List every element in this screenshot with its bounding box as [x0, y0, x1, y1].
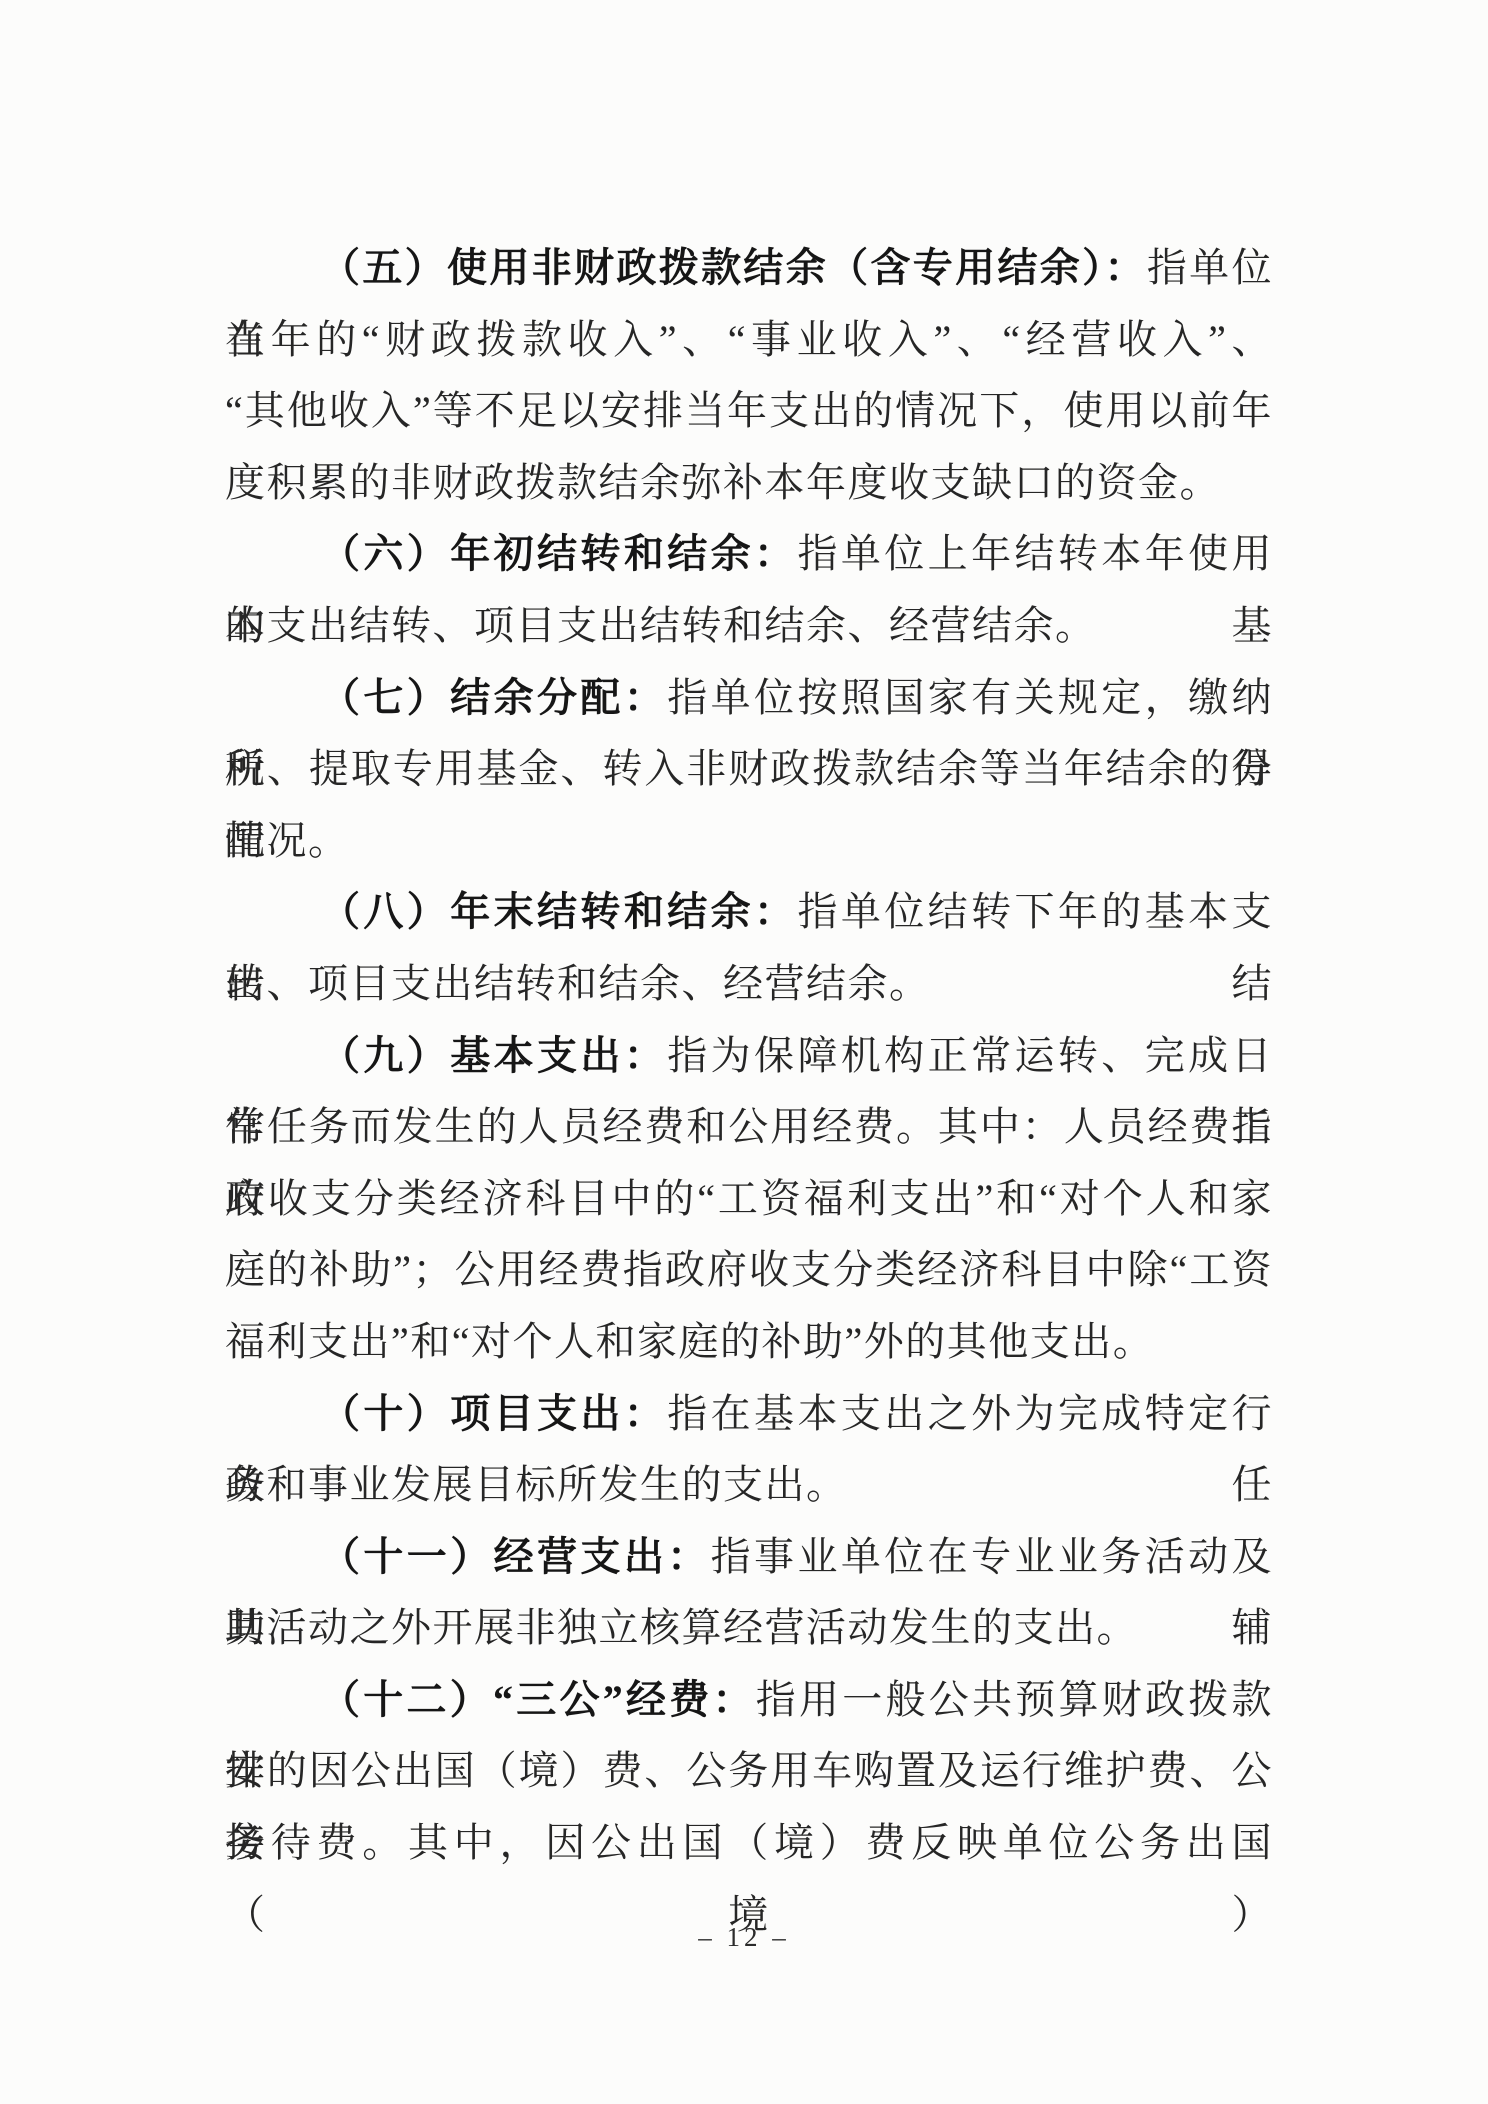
text-line: （十）项目支出：指在基本支出之外为完成特定行政任 — [225, 1378, 1273, 1450]
paragraph-heading: （七）结余分配： — [320, 675, 667, 720]
document-body: （五）使用非财政拨款结余（含专用结余）：指单位在 当年的“财政拨款收入”、“事业… — [225, 232, 1273, 1879]
paragraph-heading: （五）使用非财政拨款结余（含专用结余）： — [320, 245, 1147, 290]
paragraph-heading: （六）年初结转和结余： — [320, 531, 797, 576]
text-line: 庭的补助”；公用经费指政府收支分类经济科目中除“工资 — [225, 1234, 1273, 1306]
text-line: 当年的“财政拨款收入”、“事业收入”、“经营收入”、 — [225, 304, 1273, 376]
paragraph-item-6: （六）年初结转和结余：指单位上年结转本年使用的基 本支出结转、项目支出结转和结余… — [225, 518, 1273, 661]
text-line: 情况。 — [225, 805, 1273, 877]
text-line: 府收支分类经济科目中的“工资福利支出”和“对个人和家 — [225, 1163, 1273, 1235]
paragraph-item-7: （七）结余分配：指单位按照国家有关规定，缴纳所得 税、提取专用基金、转入非财政拨… — [225, 662, 1273, 877]
text-line: （九）基本支出：指为保障机构正常运转、完成日常工 — [225, 1020, 1273, 1092]
paragraph-item-10: （十）项目支出：指在基本支出之外为完成特定行政任 务和事业发展目标所发生的支出。 — [225, 1378, 1273, 1521]
paragraph-heading: （九）基本支出： — [320, 1033, 667, 1078]
paragraph-item-9: （九）基本支出：指为保障机构正常运转、完成日常工 作任务而发生的人员经费和公用经… — [225, 1020, 1273, 1378]
document-page: （五）使用非财政拨款结余（含专用结余）：指单位在 当年的“财政拨款收入”、“事业… — [0, 0, 1488, 2104]
text-line: “其他收入”等不足以安排当年支出的情况下，使用以前年 — [225, 375, 1273, 447]
text-line: 接待费。其中，因公出国（境）费反映单位公务出国（境） — [225, 1807, 1273, 1879]
paragraph-item-11: （十一）经营支出：指事业单位在专业业务活动及其辅 助活动之外开展非独立核算经营活… — [225, 1521, 1273, 1664]
text-line: （八）年末结转和结余：指单位结转下年的基本支出结 — [225, 876, 1273, 948]
text-line: 税、提取专用基金、转入非财政拨款结余等当年结余的分配 — [225, 733, 1273, 805]
text-line: （十一）经营支出：指事业单位在专业业务活动及其辅 — [225, 1521, 1273, 1593]
paragraph-heading: （十一）经营支出： — [320, 1534, 711, 1579]
paragraph-item-5: （五）使用非财政拨款结余（含专用结余）：指单位在 当年的“财政拨款收入”、“事业… — [225, 232, 1273, 518]
text-line: 度积累的非财政拨款结余弥补本年度收支缺口的资金。 — [225, 447, 1273, 519]
paragraph-item-8: （八）年末结转和结余：指单位结转下年的基本支出结 转、项目支出结转和结余、经营结… — [225, 876, 1273, 1019]
paragraph-item-12: （十二）“三公”经费：指用一般公共预算财政拨款安 排的因公出国（境）费、公务用车… — [225, 1664, 1273, 1879]
page-number: – 12 – — [0, 1922, 1488, 1953]
paragraph-heading: （八）年末结转和结余： — [320, 889, 797, 934]
paragraph-heading: （十二）“三公”经费： — [320, 1677, 756, 1722]
text-line: 作任务而发生的人员经费和公用经费。其中：人员经费指政 — [225, 1091, 1273, 1163]
text-line: （十二）“三公”经费：指用一般公共预算财政拨款安 — [225, 1664, 1273, 1736]
text-line: 排的因公出国（境）费、公务用车购置及运行维护费、公务 — [225, 1735, 1273, 1807]
text-line: （五）使用非财政拨款结余（含专用结余）：指单位在 — [225, 232, 1273, 304]
text-line: （六）年初结转和结余：指单位上年结转本年使用的基 — [225, 518, 1273, 590]
text-line: （七）结余分配：指单位按照国家有关规定，缴纳所得 — [225, 662, 1273, 734]
text-line: 助活动之外开展非独立核算经营活动发生的支出。 — [225, 1592, 1273, 1664]
paragraph-heading: （十）项目支出： — [320, 1391, 667, 1436]
text-line: 福利支出”和“对个人和家庭的补助”外的其他支出。 — [225, 1306, 1273, 1378]
